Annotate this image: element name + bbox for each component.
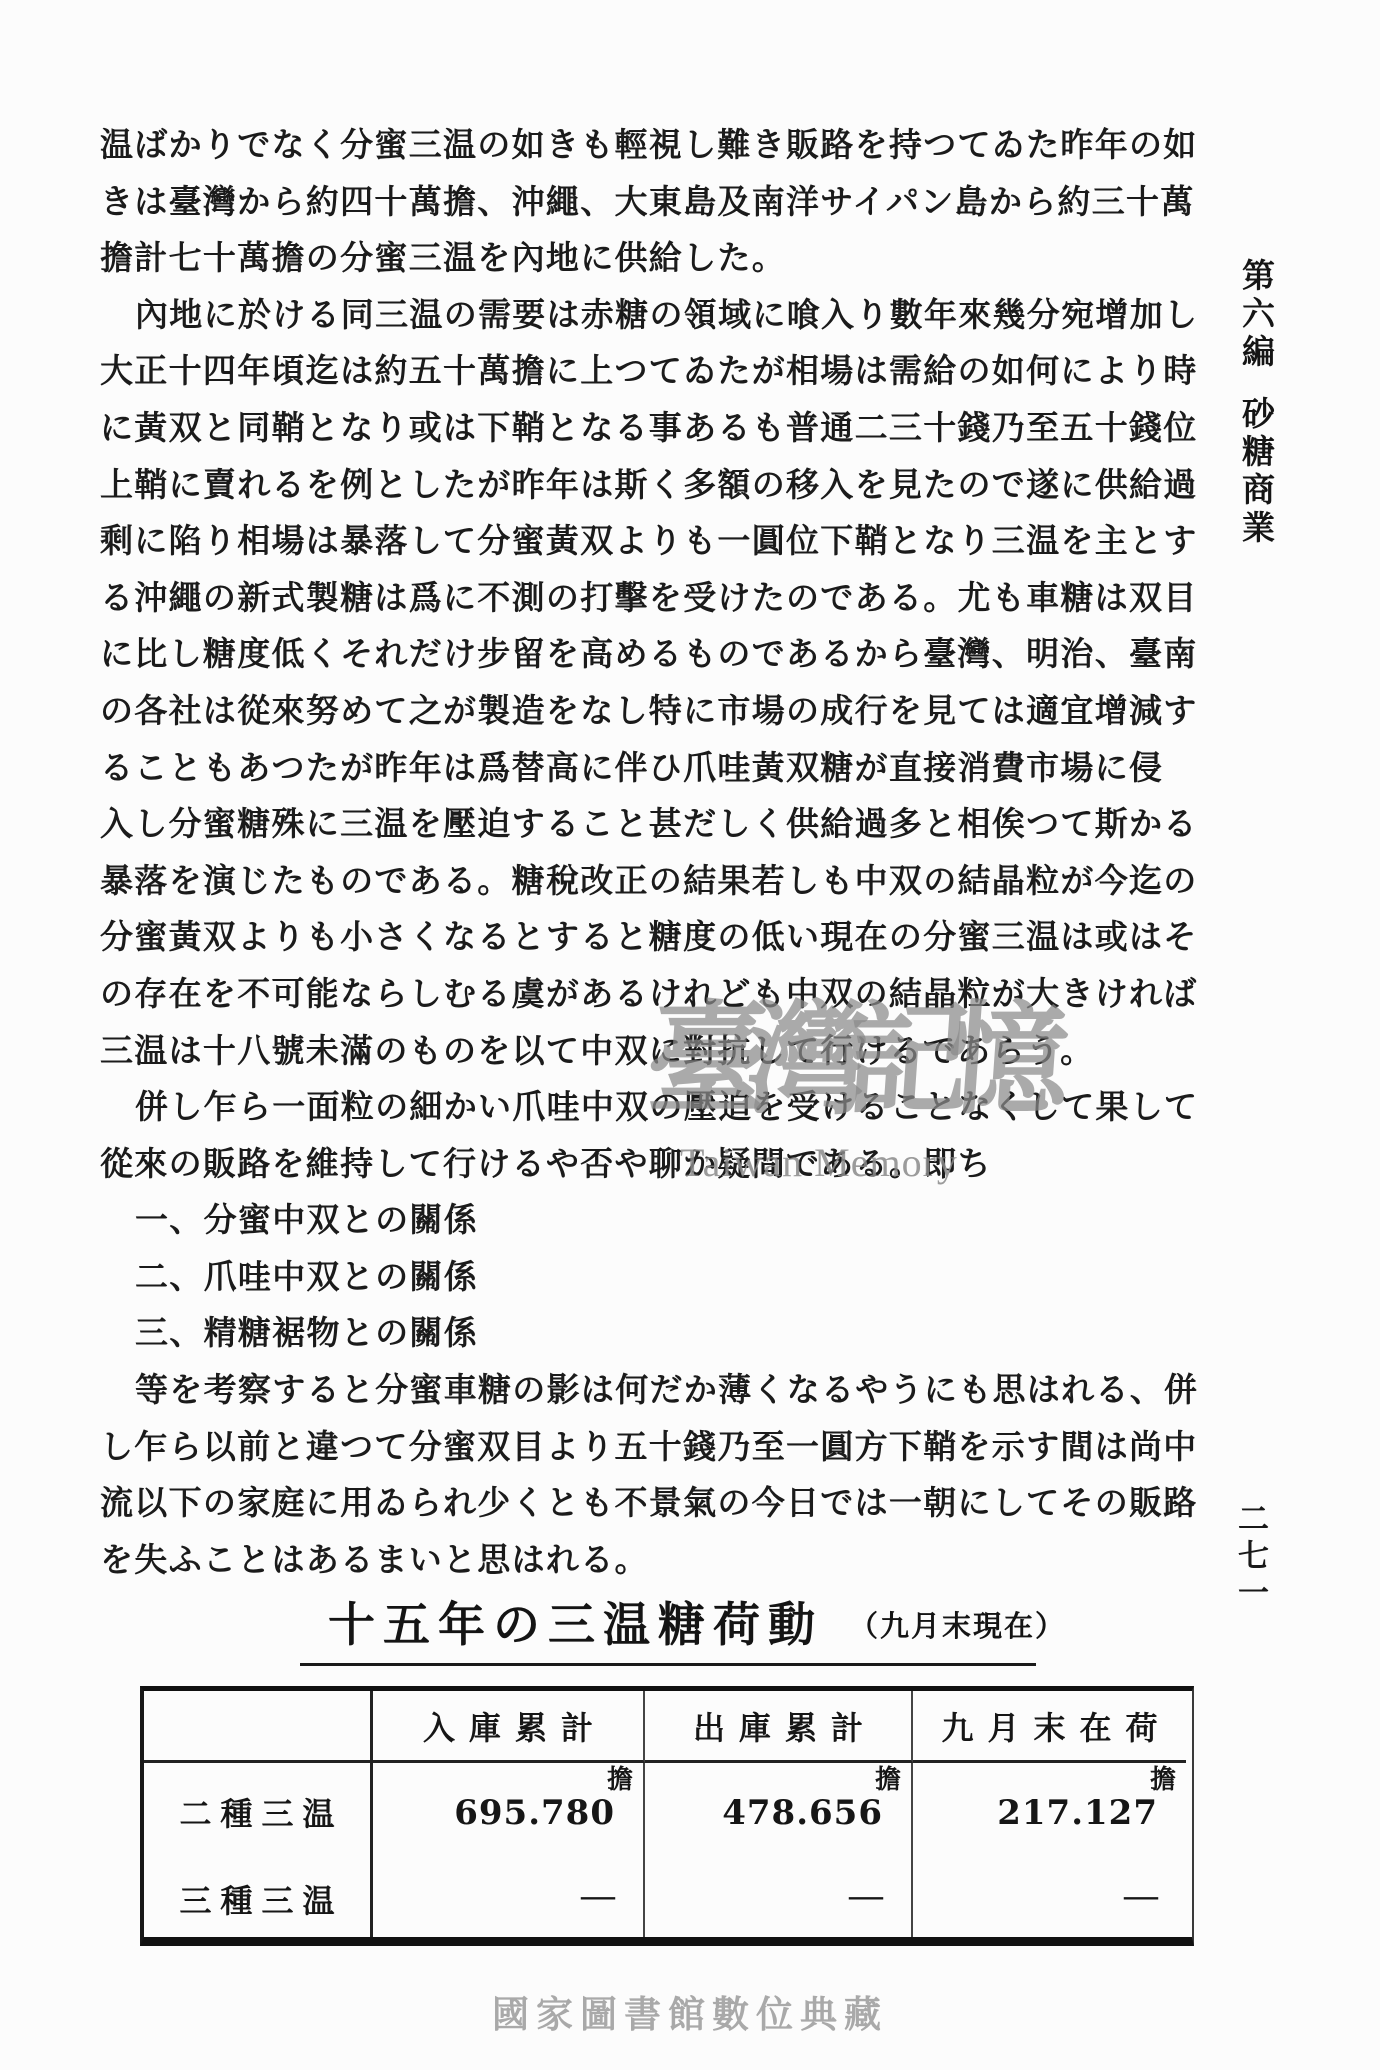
chapter-label: 第六編 — [1237, 258, 1273, 372]
empty-value-dash: — — [373, 1877, 643, 1915]
text-line: 擔計七十萬擔の分蜜三温を內地に供給した。 — [100, 231, 1198, 288]
text-line: きは臺灣から約四十萬擔、沖繩、大東島及南洋サイパン島から約三十萬 — [100, 175, 1198, 232]
text-line: 剩に陷り相場は暴落して分蜜黃双よりも一圓位下鞘となり三温を主とす — [100, 514, 1198, 571]
column-header: 入庫累計 — [373, 1691, 645, 1763]
text-line: 大正十四年頃迄は約五十萬擔に上つてゐたが相場は需給の如何により時 — [100, 344, 1198, 401]
text-line: 二、爪哇中双との關係 — [100, 1250, 1198, 1307]
text-line: 入し分蜜糖殊に三温を壓迫すること甚だしく供給過多と相俟つて斯かる — [100, 797, 1198, 854]
text-line: し乍ら以前と違つて分蜜双目より五十錢乃至一圓方下鞘を示す間は尚中 — [100, 1420, 1198, 1477]
text-line: 流以下の家庭に用ゐられ少くとも不景氣の今日では一朝にしてその販路 — [100, 1476, 1198, 1533]
text-line: 內地に於ける同三温の需要は赤糖の領域に喰入り數年來幾分宛增加し — [100, 288, 1198, 345]
vertical-gap — [1255, 372, 1256, 396]
empty-value-dash: — — [645, 1877, 911, 1915]
value: 695.780 — [373, 1794, 643, 1832]
text-line: 三、精糖裾物との關係 — [100, 1306, 1198, 1363]
text-line: 併し乍ら一面粒の細かい爪哇中双の壓迫を受けることなくして果して — [100, 1080, 1198, 1137]
value: 217.127 — [913, 1794, 1186, 1832]
text-line: 上鞘に賣れるを例としたが昨年は斯く多額の移入を見たので遂に供給過 — [100, 458, 1198, 515]
text-line: 一、分蜜中双との關係 — [100, 1193, 1198, 1250]
column-header: 九月末在荷 — [913, 1691, 1186, 1763]
text-line: に比し糖度低くそれだけ步留を高めるものであるから臺灣、明治、臺南 — [100, 627, 1198, 684]
unit-label: 擔 — [373, 1763, 643, 1794]
column-header: 出庫累計 — [645, 1691, 913, 1763]
scanned-book-page: 温ばかりでなく分蜜三温の如きも輕視し難き販路を持つてゐた昨年の如きは臺灣から約四… — [0, 0, 1380, 2070]
table-corner-cell — [144, 1691, 373, 1763]
text-line: 三温は十八號未滿のものを以て中双に對抗して行けるであらう。 — [100, 1024, 1198, 1081]
text-line: ることもあつたが昨年は爲替高に伴ひ爪哇黃双糖が直接消費市場に侵 — [100, 741, 1198, 798]
data-cell: 擔478.656 — [645, 1763, 913, 1861]
table-title: 十五年の三温糖荷動（九月末現在） — [300, 1588, 1036, 1666]
text-line: に黃双と同鞘となり或は下鞘となる事あるも普通二三十錢乃至五十錢位 — [100, 401, 1198, 458]
value: 478.656 — [645, 1794, 911, 1832]
text-line: の各社は從來努めて之が製造をなし特に市場の成行を見ては適宜增減す — [100, 684, 1198, 741]
text-line: を失ふことはあるまいと思はれる。 — [100, 1533, 1198, 1590]
data-cell: — — [373, 1861, 645, 1937]
text-line: 等を考察すると分蜜車糖の影は何だか薄くなるやうにも思はれる、併 — [100, 1363, 1198, 1420]
text-line: 暴落を演じたものである。糖稅改正の結果若しも中双の結晶粒が今迄の — [100, 854, 1198, 911]
data-cell: — — [645, 1861, 913, 1937]
data-cell: 擔217.127 — [913, 1763, 1186, 1861]
text-line: の存在を不可能ならしむる虞があるけれども中双の結晶粒が大きければ — [100, 967, 1198, 1024]
unit-label: 擔 — [913, 1763, 1186, 1794]
data-cell: — — [913, 1861, 1186, 1937]
text-line: 温ばかりでなく分蜜三温の如きも輕視し難き販路を持つてゐた昨年の如 — [100, 118, 1198, 175]
table-title-note: （九月末現在） — [849, 1611, 1066, 1643]
margin-chapter-heading: 第六編砂糖商業 — [1232, 258, 1279, 548]
row-label: 二種三温 — [144, 1763, 373, 1861]
body-text: 温ばかりでなく分蜜三温の如きも輕視し難き販路を持つてゐた昨年の如きは臺灣から約四… — [100, 118, 1198, 1589]
sugar-shipment-table: 入庫累計出庫累計九月末在荷二種三温擔695.780擔478.656擔217.12… — [140, 1686, 1194, 1946]
section-label: 砂糖商業 — [1237, 396, 1273, 548]
data-cell: 擔695.780 — [373, 1763, 645, 1861]
page-number: 二七一 — [1228, 1502, 1273, 1613]
text-line: る沖繩の新式製糖は爲に不測の打擊を受けたのである。尤も車糖は双目 — [100, 571, 1198, 628]
footer-label: 國家圖書館數位典藏 — [0, 1984, 1380, 2038]
table-title-main: 十五年の三温糖荷動 — [328, 1600, 823, 1652]
row-label: 三種三温 — [144, 1861, 373, 1937]
text-line: 從來の販路を維持して行けるや否や聊か疑問である。即ち — [100, 1137, 1198, 1194]
text-line: 分蜜黃双よりも小さくなるとすると糖度の低い現在の分蜜三温は或はそ — [100, 910, 1198, 967]
empty-value-dash: — — [913, 1877, 1186, 1915]
unit-label: 擔 — [645, 1763, 911, 1794]
